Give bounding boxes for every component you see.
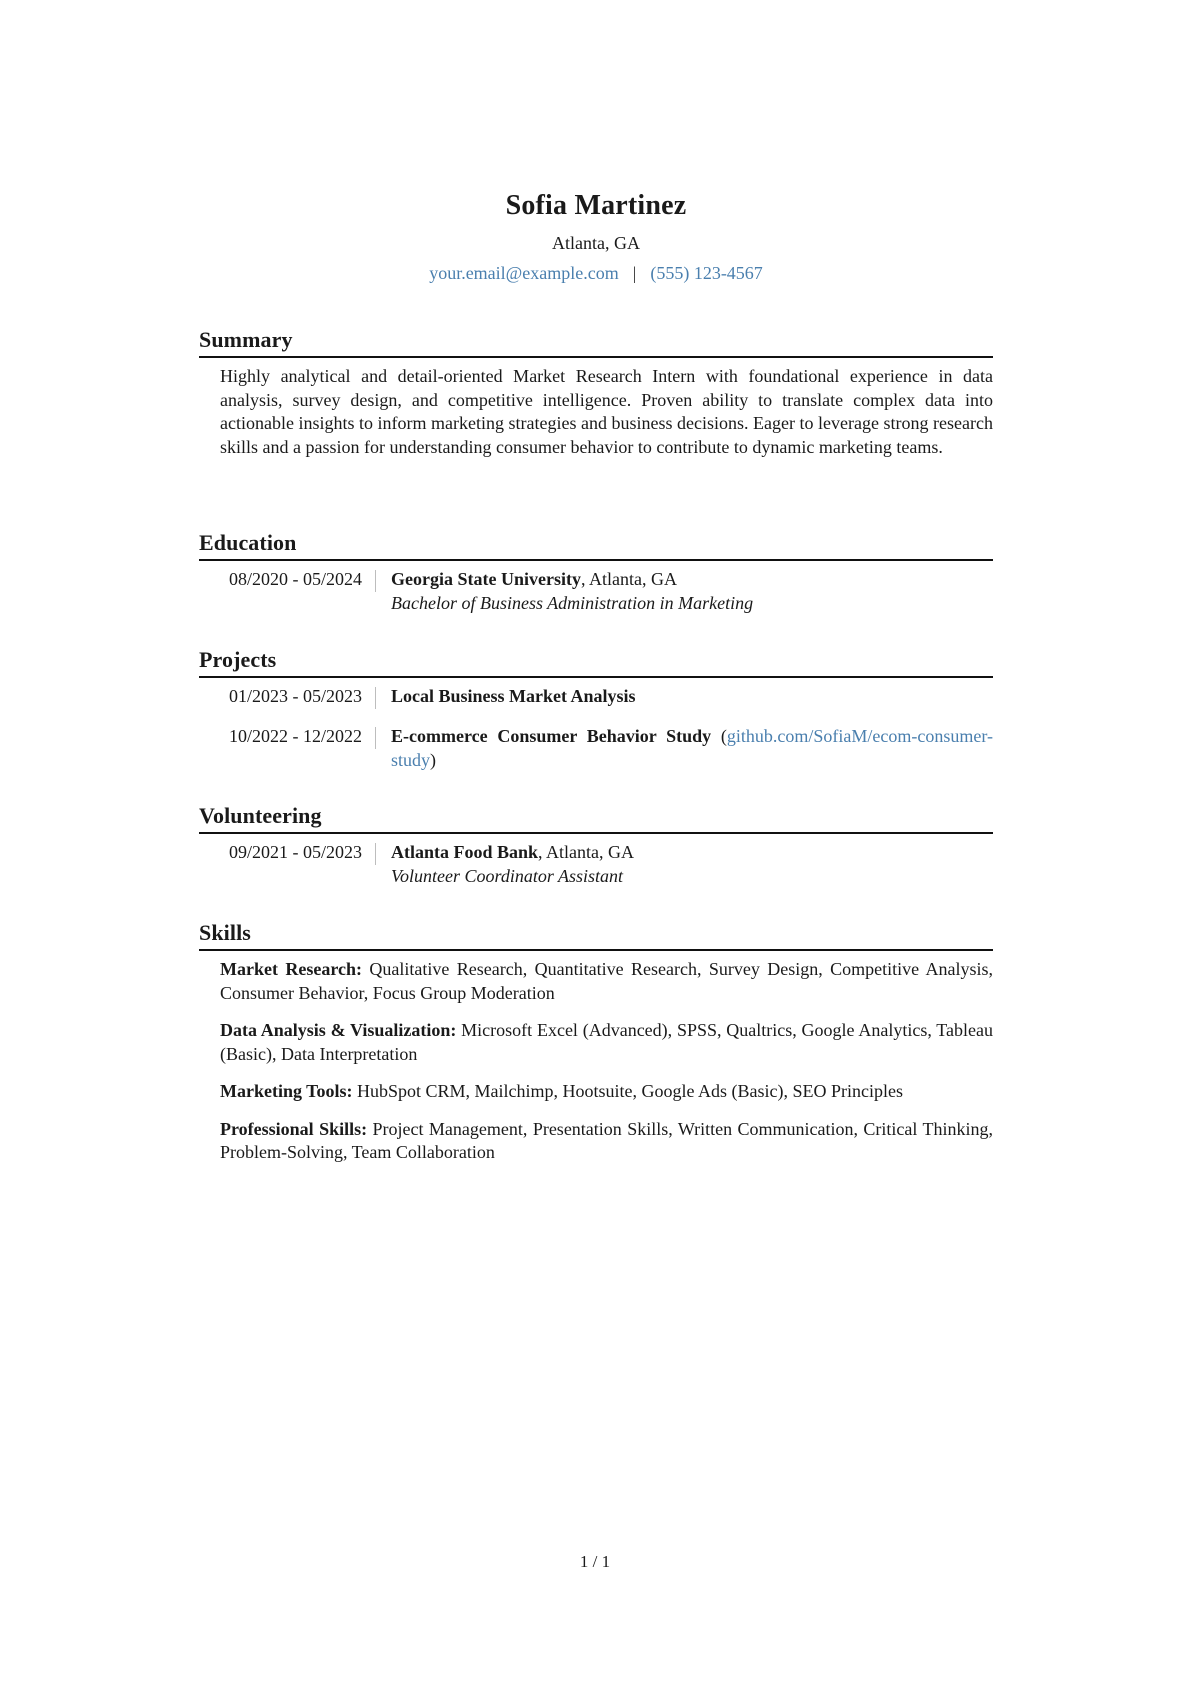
skill-group: Professional Skills: Project Management,… xyxy=(220,1118,993,1165)
entry-divider xyxy=(375,570,376,592)
skill-label: Market Research: xyxy=(220,959,362,979)
project-name: E-commerce Consumer Behavior Study xyxy=(391,726,711,746)
skill-value: HubSpot CRM, Mailchimp, Hootsuite, Googl… xyxy=(353,1081,904,1101)
paren-close: ) xyxy=(430,750,436,770)
skill-group: Data Analysis & Visualization: Microsoft… xyxy=(220,1019,993,1066)
entry-dates: 08/2020 - 05/2024 xyxy=(199,568,375,615)
page-number: 1 / 1 xyxy=(0,1552,1190,1572)
education-entry: 08/2020 - 05/2024 Georgia State Universi… xyxy=(199,568,993,615)
project-entry: 01/2023 - 05/2023 Local Business Market … xyxy=(199,685,993,709)
organization-name: Atlanta Food Bank xyxy=(391,842,538,862)
volunteering-entry: 09/2021 - 05/2023 Atlanta Food Bank, Atl… xyxy=(199,841,993,888)
section-heading-volunteering: Volunteering xyxy=(199,803,993,834)
entry-dates: 01/2023 - 05/2023 xyxy=(199,685,375,709)
candidate-name: Sofia Martinez xyxy=(199,190,993,222)
degree: Bachelor of Business Administration in M… xyxy=(391,593,753,613)
section-heading-education: Education xyxy=(199,530,993,561)
projects-section: Projects 01/2023 - 05/2023 Local Busines… xyxy=(199,647,993,772)
email-link[interactable]: your.email@example.com xyxy=(429,263,619,283)
volunteering-section: Volunteering 09/2021 - 05/2023 Atlanta F… xyxy=(199,803,993,888)
organization-location: , Atlanta, GA xyxy=(538,842,634,862)
entry-dates: 10/2022 - 12/2022 xyxy=(199,725,375,772)
skill-group: Market Research: Qualitative Research, Q… xyxy=(220,958,993,1005)
institution-location: , Atlanta, GA xyxy=(581,569,677,589)
entry-detail: Atlanta Food Bank, Atlanta, GA Volunteer… xyxy=(391,841,993,888)
skill-group: Marketing Tools: HubSpot CRM, Mailchimp,… xyxy=(220,1080,993,1104)
skill-label: Marketing Tools: xyxy=(220,1081,353,1101)
entry-detail: E-commerce Consumer Behavior Study (gith… xyxy=(391,725,993,772)
section-heading-projects: Projects xyxy=(199,647,993,678)
entry-detail: Local Business Market Analysis xyxy=(391,685,993,709)
entry-divider xyxy=(375,727,376,749)
contact-separator: | xyxy=(633,263,637,283)
project-entry: 10/2022 - 12/2022 E-commerce Consumer Be… xyxy=(199,725,993,772)
entry-divider xyxy=(375,687,376,709)
project-name: Local Business Market Analysis xyxy=(391,686,636,706)
contact-line: your.email@example.com|(555) 123-4567 xyxy=(199,263,993,284)
entry-detail: Georgia State University, Atlanta, GA Ba… xyxy=(391,568,993,615)
summary-section: Summary Highly analytical and detail-ori… xyxy=(199,327,993,459)
candidate-location: Atlanta, GA xyxy=(199,233,993,254)
institution-name: Georgia State University xyxy=(391,569,581,589)
paren-open: ( xyxy=(711,726,727,746)
entry-divider xyxy=(375,843,376,865)
skill-label: Data Analysis & Visualization: xyxy=(220,1020,456,1040)
section-heading-skills: Skills xyxy=(199,920,993,951)
entry-dates: 09/2021 - 05/2023 xyxy=(199,841,375,888)
education-section: Education 08/2020 - 05/2024 Georgia Stat… xyxy=(199,530,993,615)
skills-section: Skills Market Research: Qualitative Rese… xyxy=(199,920,993,1165)
phone-link[interactable]: (555) 123-4567 xyxy=(650,263,762,283)
summary-text: Highly analytical and detail-oriented Ma… xyxy=(220,365,993,459)
section-heading-summary: Summary xyxy=(199,327,993,358)
volunteer-role: Volunteer Coordinator Assistant xyxy=(391,866,623,886)
skill-label: Professional Skills: xyxy=(220,1119,367,1139)
